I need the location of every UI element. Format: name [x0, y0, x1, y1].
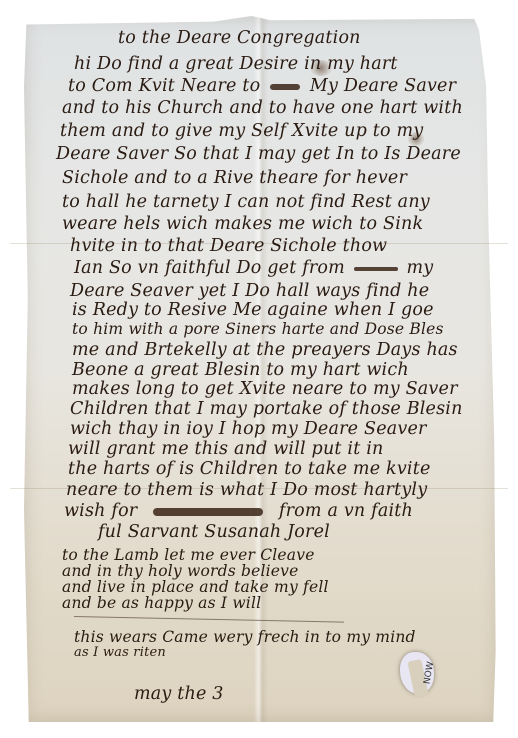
letter-text: from a vn faith — [279, 501, 413, 521]
letter-line: the harts of is Children to take me kvit… — [68, 461, 431, 479]
letter-line: neare to them is what I Do most hartyly — [66, 482, 427, 500]
letter-text: my — [407, 258, 434, 278]
letter-line: me and Brtekelly at the preayers Days ha… — [72, 342, 458, 360]
letter-text: wish for — [64, 501, 137, 521]
date-line: may the 3 — [134, 686, 224, 704]
letter-line: Sichole and to a Rive theare for hever — [62, 170, 407, 188]
letter-text: My Deare Saver — [310, 76, 456, 96]
letter-line: Beone a great Blesin to my hart wich — [72, 362, 409, 380]
letter-line: to hall he tarnety I can not find Rest a… — [62, 194, 430, 212]
letter-line: them and to give my Self Xvite up to my — [60, 123, 423, 141]
letter-line: hi Do find a great Desire in my hart — [74, 56, 398, 74]
letter-line: wish for from a vn faith — [64, 503, 413, 521]
postscript-line: this wears Came wery frech in to my mind — [74, 630, 416, 646]
letter-line: Children that I may portake of those Ble… — [70, 401, 463, 419]
letter-line: Deare Saver So that I may get In to Is D… — [56, 146, 461, 164]
letter-line: Deare Seaver yet I Do hall ways find he — [70, 283, 429, 301]
letter-line: to him with a pore Siners harte and Dose… — [72, 322, 444, 338]
letter-line: hvite in to that Deare Sichole thow — [70, 238, 387, 256]
salutation: to the Deare Congregation — [118, 30, 361, 48]
letter-text: to Com Kvit Neare to — [68, 76, 260, 96]
verse-line: and be as happy as I will — [62, 596, 261, 612]
signature-line: ful Sarvant Susanah Jorel — [98, 524, 330, 542]
letter-line: Ian So vn faithful Do get from my — [74, 260, 433, 278]
crossed-out-word — [270, 84, 300, 90]
letter-text: Ian So vn faithful Do get from — [74, 258, 345, 278]
postscript-line: as I was riten — [74, 646, 166, 659]
crossed-out-word — [354, 267, 398, 271]
letter-line: is Redy to Resive Me againe when I goe — [72, 302, 434, 320]
letter-line: to Com Kvit Neare to My Deare Saver — [68, 78, 456, 96]
letter-line: weare hels wich makes me wich to Sink — [62, 216, 423, 234]
crossed-out-word — [153, 508, 263, 516]
letter-line: will grant me this and will put it in — [68, 441, 384, 459]
letter-line: wich thay in ioy I hop my Deare Seaver — [70, 421, 427, 439]
letter-line: and to his Church and to have one hart w… — [62, 100, 463, 118]
letter-line: makes long to get Xvite neare to my Save… — [72, 381, 458, 399]
